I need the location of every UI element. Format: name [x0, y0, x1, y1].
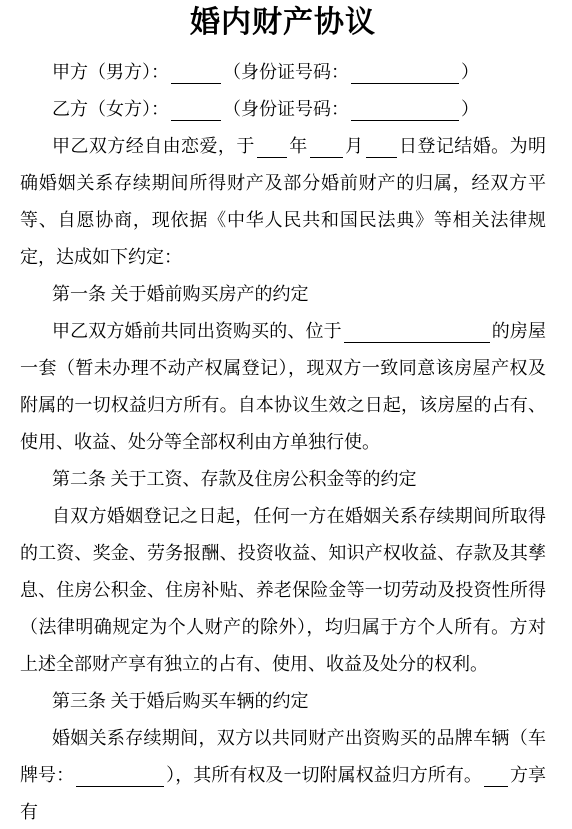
blank-underline [484, 786, 508, 787]
text-segment: 乙方（女方）： [52, 99, 169, 119]
blank-underline [76, 786, 164, 787]
document-body: 甲方（男方）：（身份证号码：）乙方（女方）：（身份证号码：）甲乙双方经自由恋爱，… [20, 54, 546, 829]
article-1-heading: 第一条 关于婚前购买房产的约定 [20, 276, 546, 313]
blank-underline [344, 342, 490, 343]
text-segment: 第二条 关于工资、存款及住房公积金等的约定 [52, 469, 417, 489]
agreement-document: 婚内财产协议 甲方（男方）：（身份证号码：）乙方（女方）：（身份证号码：）甲乙双… [0, 2, 572, 829]
blank-underline [366, 157, 397, 158]
document-title: 婚内财产协议 [20, 2, 546, 44]
text-segment: （身份证号码： [223, 62, 349, 82]
blank-underline [351, 83, 459, 84]
blank-underline [171, 120, 221, 121]
text-segment: 甲方（男方）： [52, 62, 169, 82]
text-segment: ） [461, 99, 479, 119]
preamble-paragraph: 甲乙双方经自由恋爱，于年月日登记结婚。为明确婚姻关系存续期间所得财产及部分婚前财… [20, 128, 546, 276]
article-3-paragraph: 婚姻关系存续期间，双方以共同财产出资购买的品牌车辆（车牌号：），其所有权及一切附… [20, 720, 546, 829]
blank-underline [310, 157, 343, 158]
text-segment: ），其所有权及一切附属权益归方所有。 [166, 765, 482, 785]
text-segment: 甲乙双方婚前共同出资购买的、位于 [52, 321, 342, 341]
blank-underline [351, 120, 459, 121]
article-2-heading: 第二条 关于工资、存款及住房公积金等的约定 [20, 461, 546, 498]
text-segment: 年 [289, 136, 308, 156]
party-a-line: 甲方（男方）：（身份证号码：） [20, 54, 546, 91]
text-segment: 自双方婚姻登记之日起，任何一方在婚姻关系存续期间所取得的工资、奖金、劳务报酬、投… [20, 506, 546, 674]
blank-underline [257, 157, 287, 158]
text-segment: 甲乙双方经自由恋爱，于 [52, 136, 255, 156]
article-1-paragraph: 甲乙双方婚前共同出资购买的、位于的房屋一套（暂未办理不动产权属登记），现双方一致… [20, 313, 546, 461]
text-segment: 第三条 关于婚后购买车辆的约定 [52, 691, 309, 711]
text-segment: 月 [345, 136, 364, 156]
party-b-line: 乙方（女方）：（身份证号码：） [20, 91, 546, 128]
article-2-paragraph: 自双方婚姻登记之日起，任何一方在婚姻关系存续期间所取得的工资、奖金、劳务报酬、投… [20, 498, 546, 683]
text-segment: （身份证号码： [223, 99, 349, 119]
article-3-heading: 第三条 关于婚后购买车辆的约定 [20, 683, 546, 720]
blank-underline [171, 83, 221, 84]
text-segment: ） [461, 62, 479, 82]
text-segment: 第一条 关于婚前购买房产的约定 [52, 284, 309, 304]
